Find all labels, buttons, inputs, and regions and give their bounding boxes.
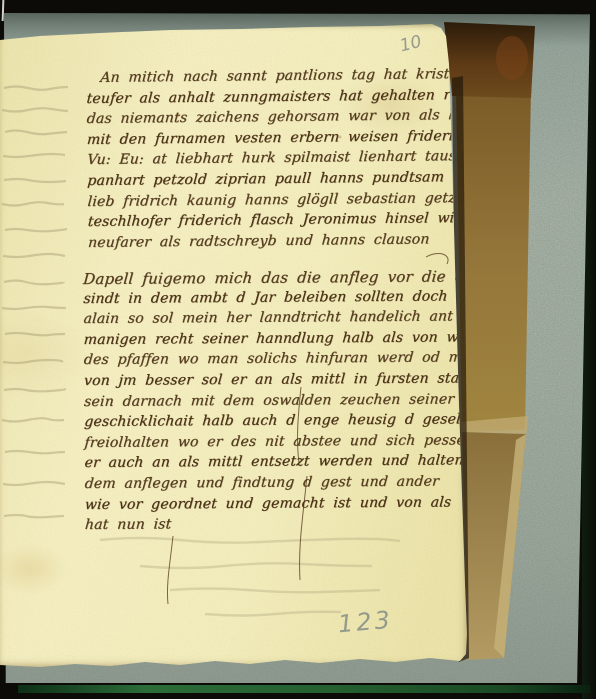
bleedthrough-left-margin [2, 87, 68, 518]
photo-frame: 10 An mitich nach sannt pantlions tag ha… [0, 0, 596, 699]
green-binding-band [18, 685, 590, 693]
page-number-pencil: 123 [337, 606, 394, 639]
manuscript-page: 10 An mitich nach sannt pantlions tag ha… [0, 24, 470, 669]
bleedthrough-under-text [100, 538, 400, 616]
scratch-mark [2, 0, 5, 21]
parchment-rust-spot [496, 36, 528, 80]
parchment-main-strip [456, 86, 531, 432]
